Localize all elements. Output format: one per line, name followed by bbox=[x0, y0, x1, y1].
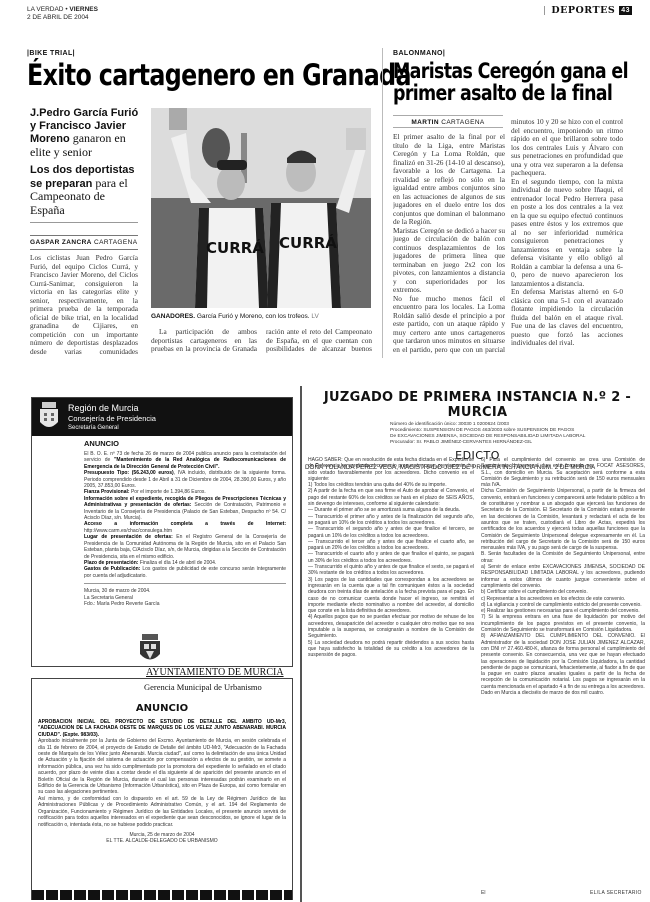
juzgado-col-2: 6) Para el cumplimiento del convenio se … bbox=[481, 457, 645, 889]
juzgado-meta: Número de identificación único: 30030 1 … bbox=[390, 422, 650, 446]
ad-department: Consejería de Presidencia bbox=[68, 414, 156, 424]
handball-col-1: El primer asalto de la final por el títu… bbox=[393, 133, 505, 355]
ad-header: Región de Murcia Consejería de Presidenc… bbox=[32, 398, 292, 436]
divider bbox=[30, 222, 138, 223]
decorative-border bbox=[32, 890, 292, 900]
masthead-left: LA VERDAD • VIERNES 2 DE ABRIL DE 2004 bbox=[27, 6, 98, 22]
region-coat-of-arms-icon bbox=[38, 402, 60, 432]
section-name: DEPORTES bbox=[551, 5, 615, 16]
handball-headline: Maristas Ceregón gana el primer asalto d… bbox=[393, 60, 646, 104]
column-rule bbox=[300, 386, 302, 902]
bike-headline: Éxito cartagenero en Granada bbox=[27, 58, 411, 92]
weekday: VIERNES bbox=[69, 6, 98, 13]
juzgado-title: JUZGADO DE PRIMERA INSTANCIA N.º 2 - MUR… bbox=[305, 390, 650, 420]
ad-org: AYUNTAMIENTO DE MURCIA bbox=[142, 667, 288, 678]
svg-text:CURRÁ: CURRÁ bbox=[206, 238, 264, 257]
ad-sign-role: EL TTE. ALCALDE-DELEGADO DE URBANISMO bbox=[38, 838, 286, 844]
ad-office: Secretaría General bbox=[68, 424, 156, 432]
handball-kicker: BALONMANO| bbox=[393, 50, 445, 57]
cyclists-image: CURRÁ CURRÁ bbox=[151, 108, 371, 308]
publication-name: LA VERDAD bbox=[27, 6, 64, 13]
photo-credit: LV bbox=[311, 313, 318, 320]
photo-caption: GANADORES. García Furió y Moreno, con lo… bbox=[151, 313, 376, 320]
ad-body: El B. O. E. nº 73 de fecha 26 de marzo d… bbox=[84, 451, 286, 579]
issue-date: 2 DE ABRIL DE 2004 bbox=[27, 14, 98, 22]
bike-col-3: ración ante el reto del Campeonato de Es… bbox=[266, 328, 372, 354]
juzgado-col-1: HAGO SABER: Que en resolución de esta fe… bbox=[308, 457, 474, 889]
bike-col-1: Los ciclistas Juan Pedro García Furió, d… bbox=[30, 254, 138, 354]
juzgado-footer-left: El bbox=[481, 890, 485, 896]
page-number: 43 bbox=[619, 6, 632, 15]
ad-title: ANUNCIO bbox=[84, 439, 286, 448]
section-header: DEPORTES 43 bbox=[544, 5, 632, 16]
divider bbox=[84, 583, 286, 584]
divider bbox=[393, 127, 503, 128]
bike-subhead-2: Los dos deportistas se preparan para el … bbox=[30, 164, 140, 217]
ad-title: ANUNCIO bbox=[32, 703, 292, 714]
ad-department: Gerencia Municipal de Urbanismo bbox=[144, 682, 262, 692]
column-rule bbox=[382, 48, 383, 358]
region-murcia-ad: Región de Murcia Consejería de Presidenc… bbox=[31, 397, 293, 667]
ad-headline: APROBACION INICIAL DEL PROYECTO DE ESTUD… bbox=[38, 719, 286, 738]
bike-byline: GASPAR ZANCRA CARTAGENA bbox=[30, 235, 138, 250]
ad-signature: Murcia, 30 de marzo de 2004. La Secretar… bbox=[84, 588, 286, 607]
handball-col-2: minutos 10 y 20 se hizo con el control d… bbox=[511, 118, 623, 355]
ad-body: Aprobado inicialmente por la Junta de Go… bbox=[38, 738, 286, 828]
winners-photo: CURRÁ CURRÁ bbox=[151, 108, 371, 308]
ayuntamiento-ad: AYUNTAMIENTO DE MURCIA Gerencia Municipa… bbox=[31, 678, 293, 900]
juzgado-footer-right: EL/LA SECRETARIO bbox=[590, 890, 642, 896]
ayuntamiento-coat-of-arms-icon bbox=[138, 634, 162, 668]
ad-org: Región de Murcia bbox=[68, 403, 156, 414]
bike-kicker: |BIKE TRIAL| bbox=[27, 50, 75, 57]
divider bbox=[544, 6, 545, 15]
bike-col-2: La participación de ambos deportistas ca… bbox=[151, 328, 257, 354]
svg-text:CURRÁ: CURRÁ bbox=[279, 233, 337, 252]
bike-subhead-1: J.Pedro García Furió y Francisco Javier … bbox=[30, 107, 140, 159]
